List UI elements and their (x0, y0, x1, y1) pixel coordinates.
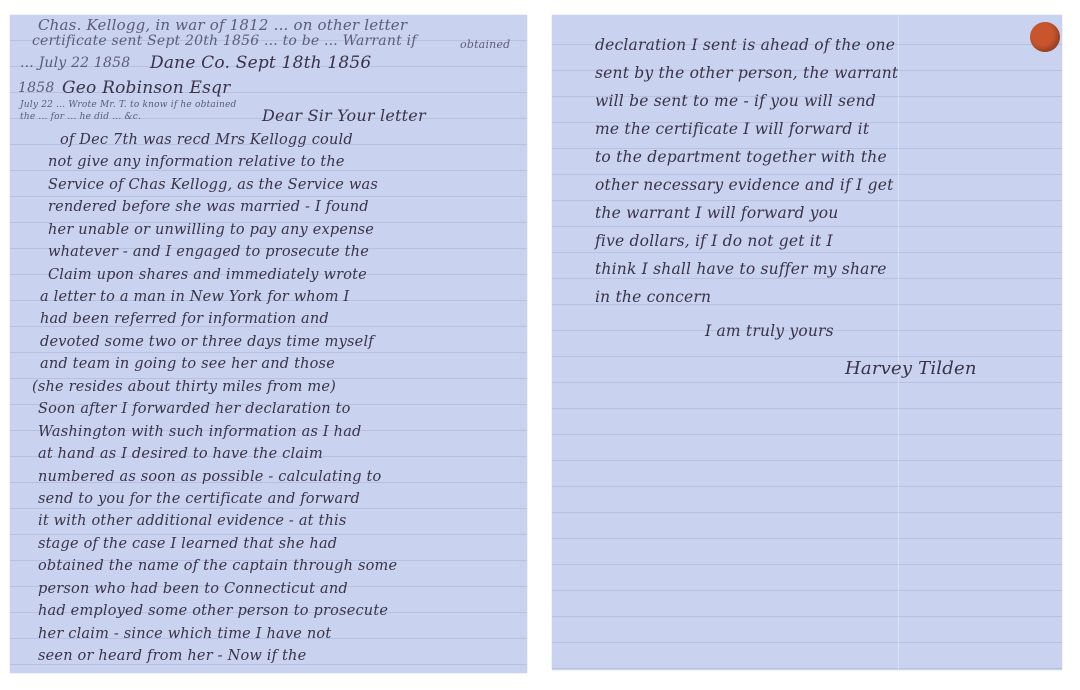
annotation-line: obtained (460, 38, 510, 51)
body-line: Claim upon shares and immediately wrote (48, 267, 367, 283)
body-line: her unable or unwilling to pay any expen… (48, 222, 374, 238)
wax-seal (1030, 22, 1060, 52)
body-line: whatever - and I engaged to prosecute th… (48, 244, 369, 260)
body-line: send to you for the certificate and forw… (38, 491, 360, 507)
body-line: person who had been to Connecticut and (38, 581, 348, 597)
body-line: obtained the name of the captain through… (38, 558, 397, 574)
body-line: had been referred for information and (40, 311, 329, 327)
body-line: other necessary evidence and if I get (595, 176, 894, 194)
body-line: devoted some two or three days time myse… (40, 334, 374, 350)
body-line: and team in going to see her and those (40, 356, 335, 372)
body-line: Soon after I forwarded her declaration t… (38, 401, 351, 417)
body-line: stage of the case I learned that she had (38, 536, 337, 552)
annotation-line: certificate sent Sept 20th 1856 ... to b… (32, 33, 417, 49)
body-line: seen or heard from her - Now if the (38, 648, 306, 664)
dateline: Dane Co. Sept 18th 1856 (150, 53, 371, 73)
body-line: in the concern (595, 288, 711, 306)
body-line: a letter to a man in New York for whom I (40, 289, 349, 305)
body-line: sent by the other person, the warrant (595, 64, 898, 82)
signature: Harvey Tilden (845, 358, 977, 379)
annotation-line: Chas. Kellogg, in war of 1812 ... on oth… (38, 16, 407, 34)
annotation-line: July 22 ... Wrote Mr. T. to know if he o… (20, 100, 237, 110)
body-line: five dollars, if I do not get it I (595, 232, 833, 250)
body-line: to the department together with the (595, 148, 887, 166)
body-line: numbered as soon as possible - calculati… (38, 469, 381, 485)
page-fold-line (898, 15, 899, 670)
body-line: me the certificate I will forward it (595, 120, 869, 138)
annotation-line: the ... for ... he did ... &c. (20, 112, 141, 122)
body-line: her claim - since which time I have not (38, 626, 331, 642)
body-line: of Dec 7th was recd Mrs Kellogg could (60, 132, 353, 148)
annotation-year: 1858 (18, 80, 54, 96)
body-line: will be sent to me - if you will send (595, 92, 876, 110)
body-line: not give any information relative to the (48, 154, 345, 170)
body-line: (she resides about thirty miles from me) (32, 379, 336, 395)
body-line: declaration I sent is ahead of the one (595, 36, 895, 54)
greeting: Dear Sir Your letter (262, 106, 426, 125)
annotation-line: ... July 22 1858 (20, 55, 130, 71)
body-line: the warrant I will forward you (595, 204, 838, 222)
body-line: Service of Chas Kellogg, as the Service … (48, 177, 378, 193)
closing: I am truly yours (705, 322, 834, 340)
body-line: think I shall have to suffer my share (595, 260, 887, 278)
body-line: Washington with such information as I ha… (38, 424, 362, 440)
body-line: had employed some other person to prosec… (38, 603, 388, 619)
body-line: rendered before she was married - I foun… (48, 199, 369, 215)
letter-page-right (552, 15, 1062, 670)
body-line: it with other additional evidence - at t… (38, 513, 347, 529)
body-line: at hand as I desired to have the claim (38, 446, 323, 462)
addressee: Geo Robinson Esqr (62, 78, 230, 98)
